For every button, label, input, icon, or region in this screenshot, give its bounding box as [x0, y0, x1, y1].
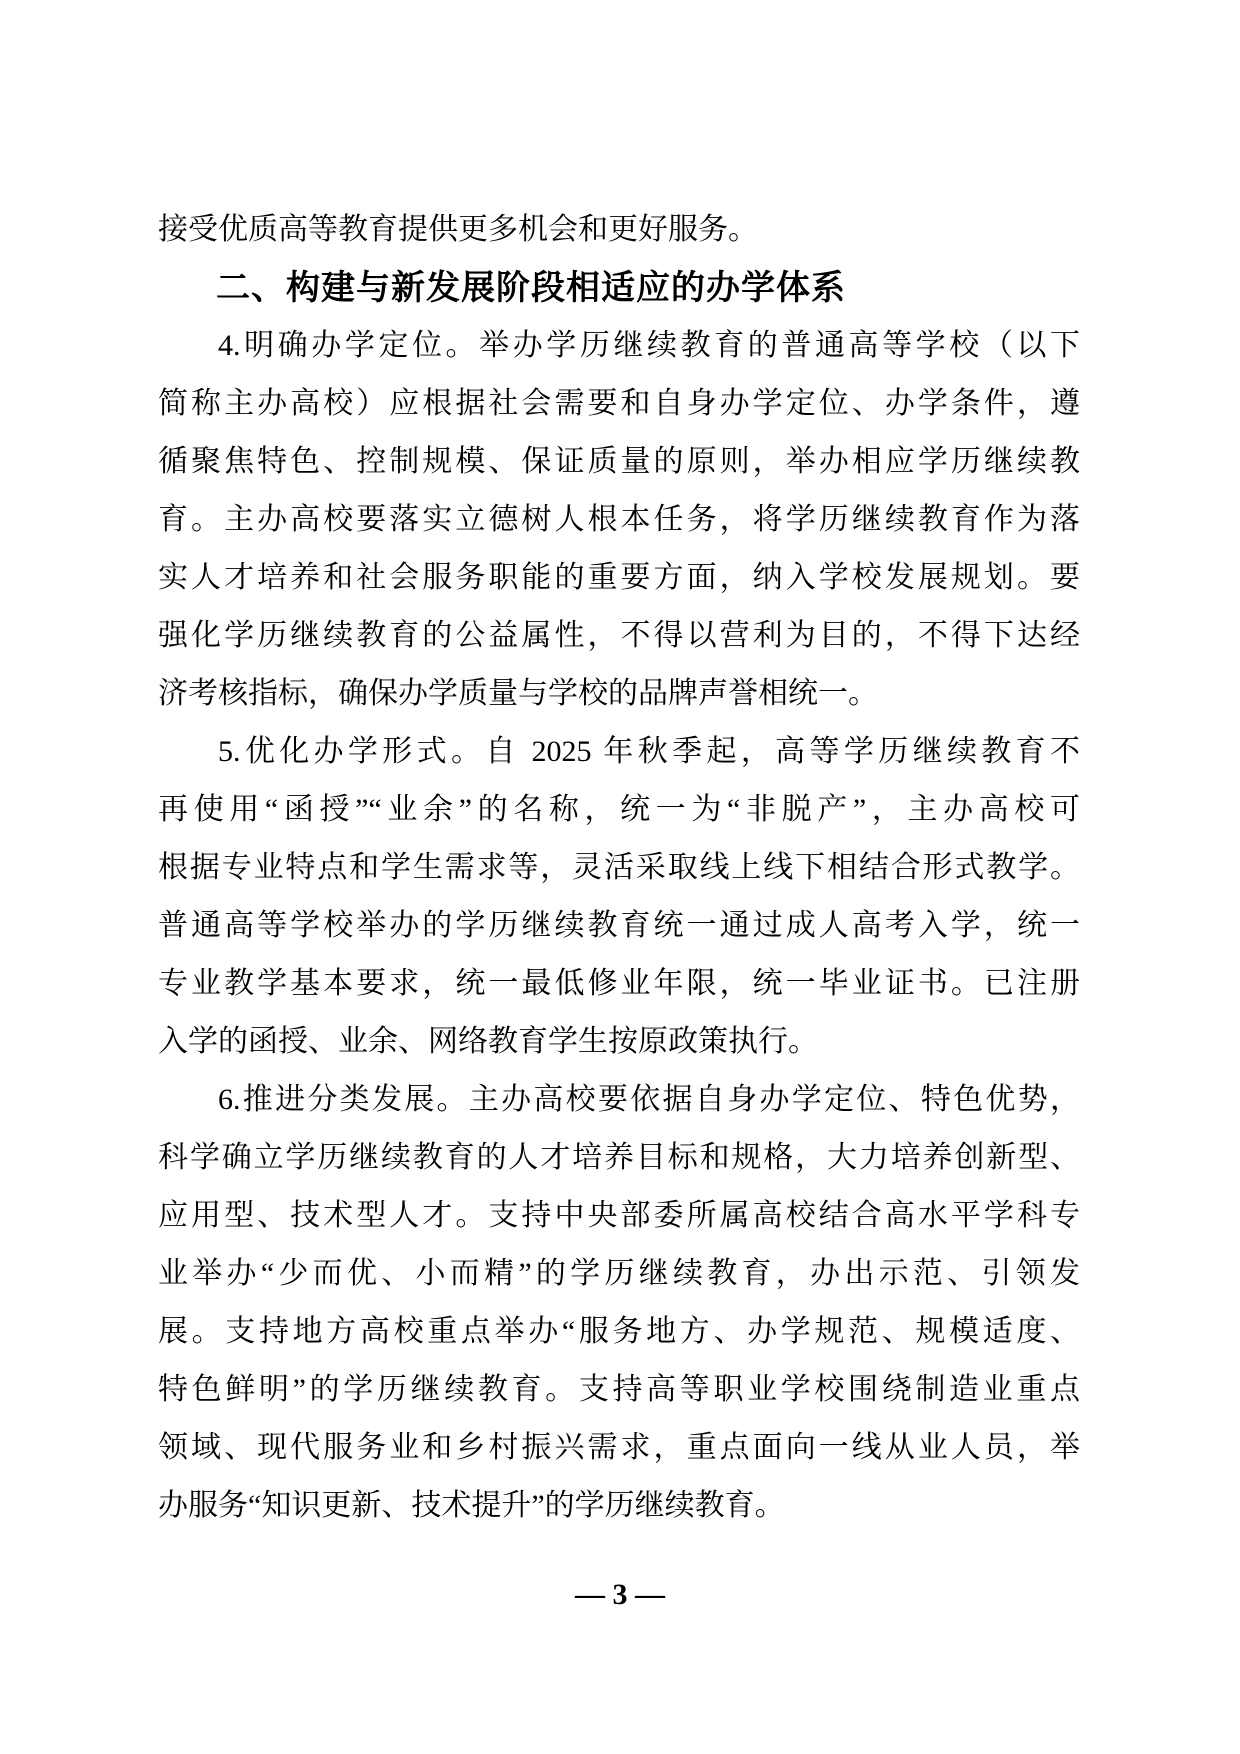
text-line: 育。主办高校要落实立德树人根本任务，将学历继续教育作为落 — [158, 491, 1080, 549]
document-body: 接受优质高等教育提供更多机会和更好服务。 二、构建与新发展阶段相适应的办学体系 … — [158, 201, 1080, 1535]
text-line: 循聚焦特色、控制规模、保证质量的原则，举办相应学历继续教 — [158, 433, 1080, 491]
paragraph-lead: 6.推进分类发展。 — [218, 1083, 469, 1116]
text-line: 特色鲜明”的学历继续教育。支持高等职业学校围绕制造业重点 — [158, 1361, 1080, 1419]
section-heading: 二、构建与新发展阶段相适应的办学体系 — [158, 259, 1080, 317]
paragraph-text: 自 2025 年秋季起，高等学历继续教育不 — [485, 735, 1080, 768]
text-line: 办服务“知识更新、技术提升”的学历继续教育。 — [158, 1477, 1080, 1535]
text-line: 强化学历继续教育的公益属性，不得以营利为目的，不得下达经 — [158, 607, 1080, 665]
paragraph-text: 举办学历继续教育的普通高等学校（以下 — [479, 329, 1080, 362]
paragraph-lead: 4.明确办学定位。 — [218, 329, 479, 362]
text-line: 普通高等学校举办的学历继续教育统一通过成人高考入学，统一 — [158, 897, 1080, 955]
text-line: 业举办“少而优、小而精”的学历继续教育，办出示范、引领发 — [158, 1245, 1080, 1303]
text-line: 应用型、技术型人才。支持中央部委所属高校结合高水平学科专 — [158, 1187, 1080, 1245]
text-line: 领域、现代服务业和乡村振兴需求，重点面向一线从业人员，举 — [158, 1419, 1080, 1477]
text-line: 再使用“函授”“业余”的名称，统一为“非脱产”，主办高校可 — [158, 781, 1080, 839]
text-line: 济考核指标，确保办学质量与学校的品牌声誉相统一。 — [158, 665, 1080, 723]
text-line: 6.推进分类发展。主办高校要依据自身办学定位、特色优势， — [158, 1071, 1080, 1129]
document-page: 接受优质高等教育提供更多机会和更好服务。 二、构建与新发展阶段相适应的办学体系 … — [0, 0, 1240, 1754]
text-line: 专业教学基本要求，统一最低修业年限，统一毕业证书。已注册 — [158, 955, 1080, 1013]
paragraph-text: 主办高校要依据自身办学定位、特色优势， — [469, 1083, 1080, 1116]
text-line: 实人才培养和社会服务职能的重要方面，纳入学校发展规划。要 — [158, 549, 1080, 607]
text-line: 展。支持地方高校重点举办“服务地方、办学规范、规模适度、 — [158, 1303, 1080, 1361]
text-line: 5.优化办学形式。自 2025 年秋季起，高等学历继续教育不 — [158, 723, 1080, 781]
text-line: 接受优质高等教育提供更多机会和更好服务。 — [158, 201, 1080, 259]
text-line: 简称主办高校）应根据社会需要和自身办学定位、办学条件，遵 — [158, 375, 1080, 433]
text-line: 根据专业特点和学生需求等，灵活采取线上线下相结合形式教学。 — [158, 839, 1080, 897]
paragraph-lead: 5.优化办学形式。 — [218, 735, 485, 768]
text-line: 入学的函授、业余、网络教育学生按原政策执行。 — [158, 1013, 1080, 1071]
text-line: 科学确立学历继续教育的人才培养目标和规格，大力培养创新型、 — [158, 1129, 1080, 1187]
text-line: 4.明确办学定位。举办学历继续教育的普通高等学校（以下 — [158, 317, 1080, 375]
page-number: — 3 — — [0, 1578, 1240, 1612]
